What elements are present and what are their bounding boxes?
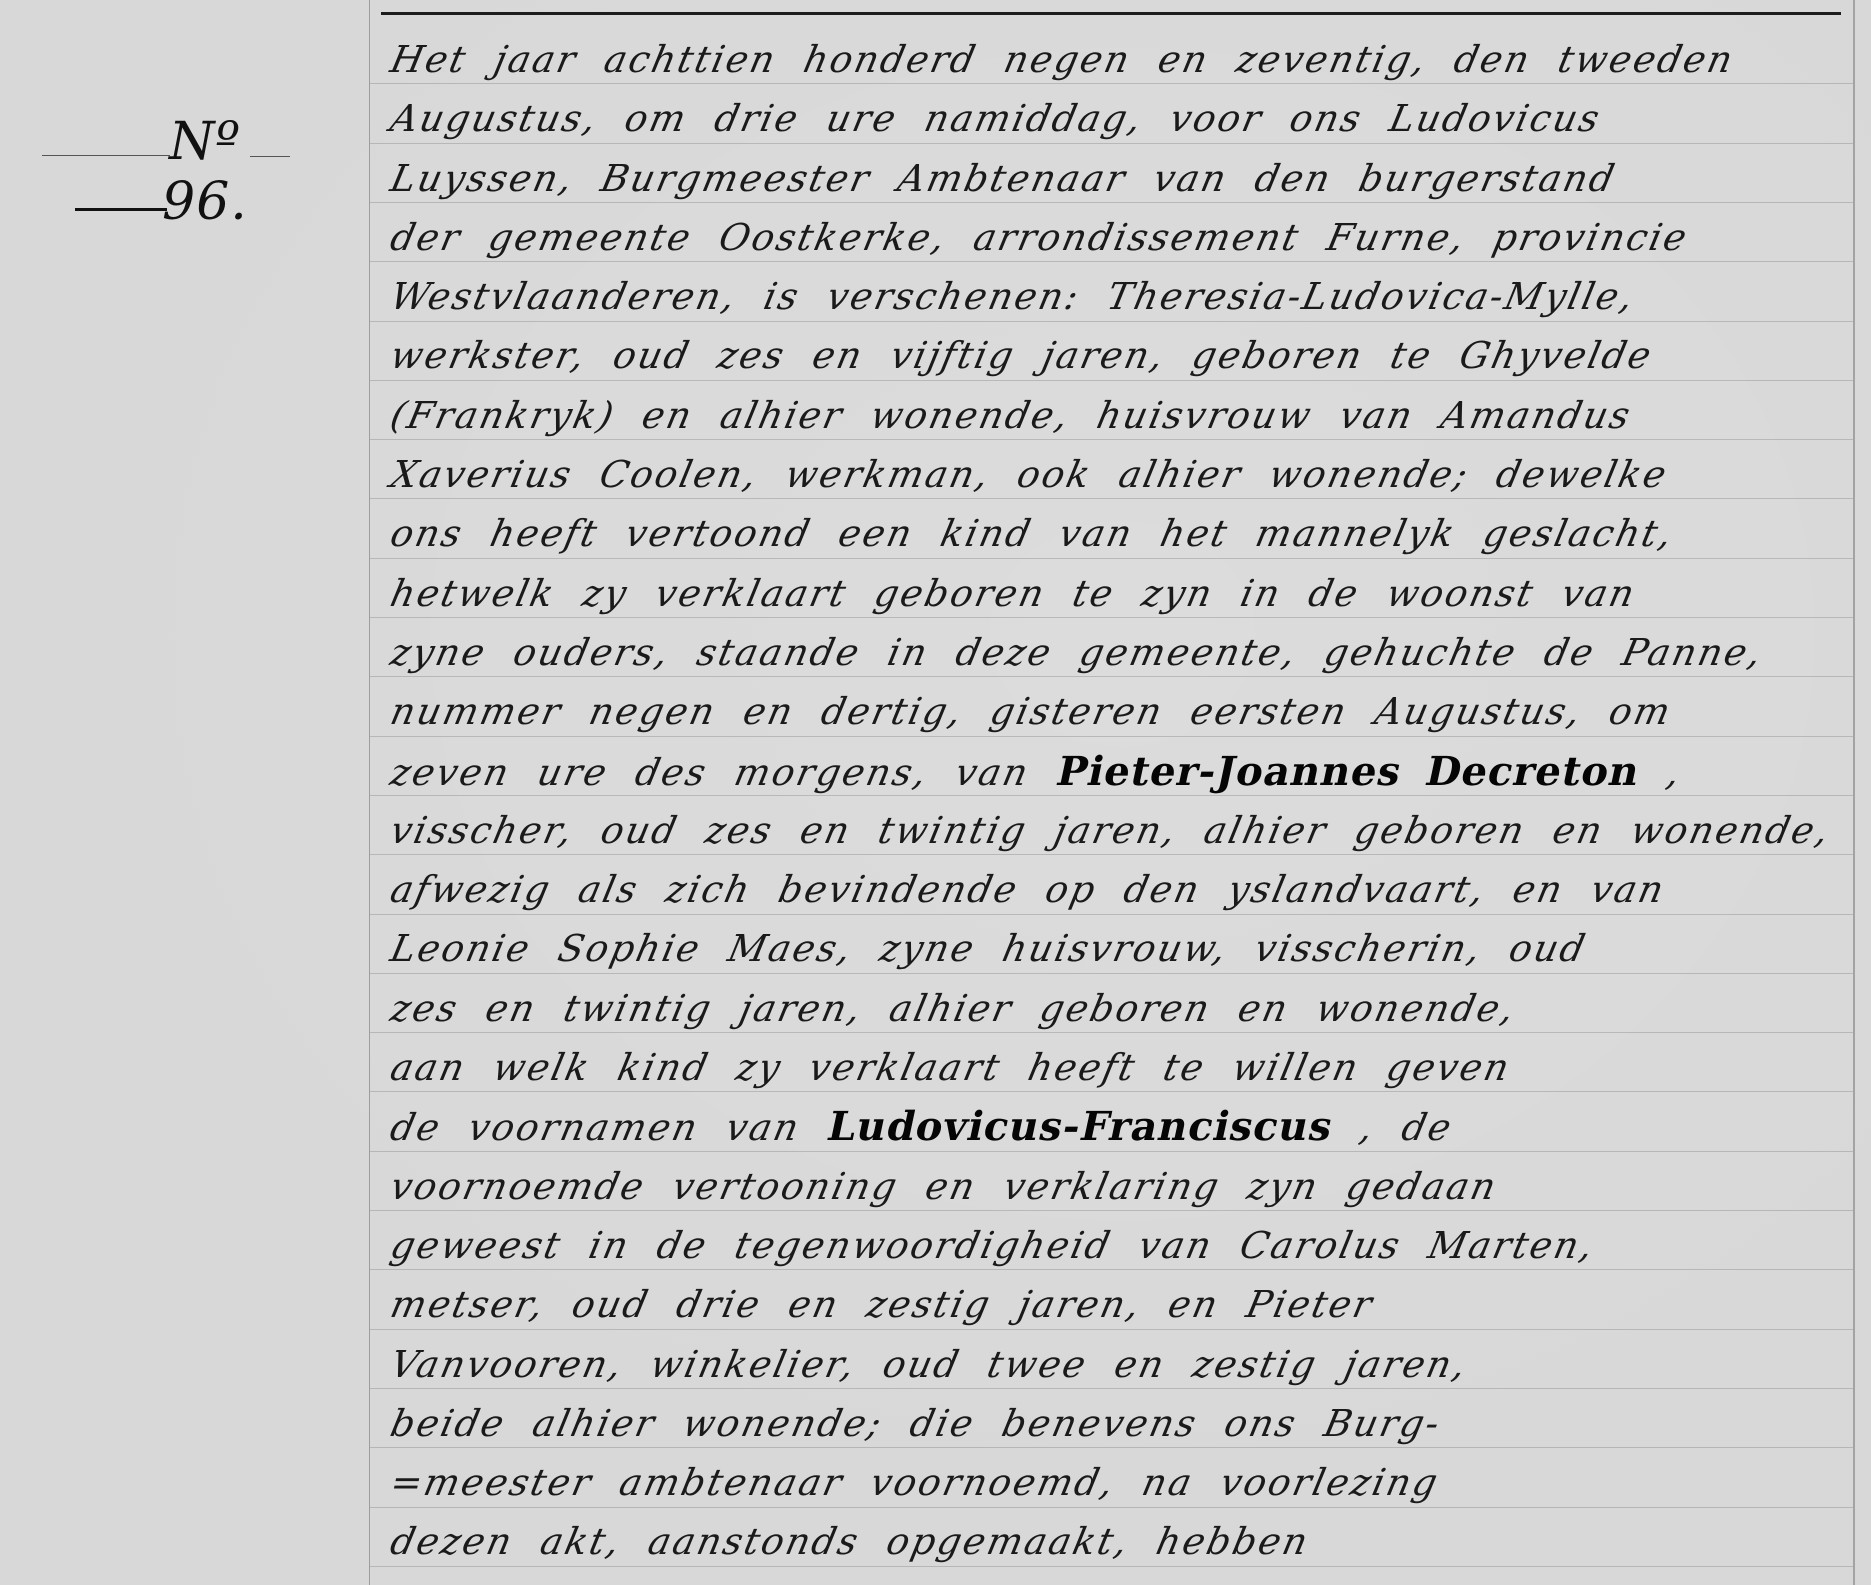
line-text: Het jaar achttien honderd negen en zeven… xyxy=(387,38,1739,81)
record-line: aan welk kind zy verklaart heeft te will… xyxy=(385,1038,1858,1097)
line-text: geweest in de tegenwoordigheid van Carol… xyxy=(387,1224,1599,1267)
record-line: Het jaar achttien honderd negen en zeven… xyxy=(385,30,1858,89)
record-number: Nº 96. xyxy=(130,112,280,232)
top-rule xyxy=(381,12,1841,15)
record-line: (Frankryk) en alhier wonende, huisvrouw … xyxy=(385,386,1858,445)
line-text: Xaverius Coolen, werkman, ook alhier won… xyxy=(387,453,1672,496)
record-line: der gemeente Oostkerke, arrondissement F… xyxy=(385,208,1858,267)
line-text: aan welk kind zy verklaart heeft te will… xyxy=(387,1046,1515,1089)
line-text: de voornamen van xyxy=(387,1106,833,1149)
line-text: zes en twintig jaren, alhier geboren en … xyxy=(387,987,1520,1030)
line-text: visscher, oud zes en twintig jaren, alhi… xyxy=(387,809,1835,852)
record-line: Xaverius Coolen, werkman, ook alhier won… xyxy=(385,445,1858,504)
record-line: Luyssen, Burgmeester Ambtenaar van den b… xyxy=(385,149,1858,208)
highlighted-person-name: Pieter-Joannes Decreton xyxy=(1053,748,1645,795)
record-line: nummer negen en dertig, gisteren eersten… xyxy=(385,682,1858,741)
record-line: voornoemde vertooning en verklaring zyn … xyxy=(385,1157,1858,1216)
line-text: zyne ouders, staande in deze gemeente, g… xyxy=(387,631,1767,674)
line-text-continuation: , de xyxy=(1328,1106,1457,1149)
line-text: zeven ure des morgens, van xyxy=(387,751,1062,794)
line-text: =meester ambtenaar voornoemd, na voorlez… xyxy=(387,1461,1444,1504)
record-line: de voornamen van Ludovicus-Franciscus , … xyxy=(385,1097,1858,1156)
line-text: beide alhier wonende; die benevens ons B… xyxy=(387,1402,1446,1445)
record-line: afwezig als zich bevindende op den yslan… xyxy=(385,860,1858,919)
line-text: werkster, oud zes en vijftig jaren, gebo… xyxy=(387,334,1657,377)
record-number-underline xyxy=(75,208,167,211)
line-text: ons heeft vertoond een kind van het mann… xyxy=(387,512,1678,555)
record-line: Leonie Sophie Maes, zyne huisvrouw, viss… xyxy=(385,919,1858,978)
record-line: hetwelk zy verklaart geboren te zyn in d… xyxy=(385,564,1858,623)
line-text: nummer negen en dertig, gisteren eersten… xyxy=(387,690,1676,733)
record-line: Augustus, om drie ure namiddag, voor ons… xyxy=(385,89,1858,148)
record-line: zeven ure des morgens, van Pieter-Joanne… xyxy=(385,742,1858,801)
record-line: beide alhier wonende; die benevens ons B… xyxy=(385,1394,1858,1453)
record-line: Vanvooren, winkelier, oud twee en zestig… xyxy=(385,1335,1858,1394)
record-line: =meester ambtenaar voornoemd, na voorlez… xyxy=(385,1453,1858,1512)
record-line: geweest in de tegenwoordigheid van Carol… xyxy=(385,1216,1858,1275)
record-line: ons heeft vertoond een kind van het mann… xyxy=(385,504,1858,563)
record-line: Westvlaanderen, is verschenen: Theresia-… xyxy=(385,267,1858,326)
record-body-text: Het jaar achttien honderd negen en zeven… xyxy=(385,30,1845,1572)
line-text: Vanvooren, winkelier, oud twee en zestig… xyxy=(387,1343,1472,1386)
line-text: metser, oud drie en zestig jaren, en Pie… xyxy=(387,1283,1378,1326)
line-text: Westvlaanderen, is verschenen: Theresia-… xyxy=(387,275,1639,318)
line-text: Augustus, om drie ure namiddag, voor ons… xyxy=(387,97,1605,140)
line-text: afwezig als zich bevindende op den yslan… xyxy=(387,868,1670,911)
line-text: Leonie Sophie Maes, zyne huisvrouw, viss… xyxy=(387,927,1591,970)
record-line: dezen akt, aanstonds opgemaakt, hebben xyxy=(385,1512,1858,1571)
line-text: Luyssen, Burgmeester Ambtenaar van den b… xyxy=(387,157,1620,200)
record-line: visscher, oud zes en twintig jaren, alhi… xyxy=(385,801,1858,860)
line-text: der gemeente Oostkerke, arrondissement F… xyxy=(387,216,1693,259)
record-line: werkster, oud zes en vijftig jaren, gebo… xyxy=(385,326,1858,385)
line-text: voornoemde vertooning en verklaring zyn … xyxy=(387,1165,1502,1208)
highlighted-person-name: Ludovicus-Franciscus xyxy=(823,1103,1338,1150)
record-line: zyne ouders, staande in deze gemeente, g… xyxy=(385,623,1858,682)
left-margin-rule xyxy=(369,0,370,1585)
line-text: hetwelk zy verklaart geboren te zyn in d… xyxy=(387,572,1641,615)
line-text: dezen akt, aanstonds opgemaakt, hebben xyxy=(387,1520,1314,1563)
register-page: Nº 96. Het jaar achttien honderd negen e… xyxy=(0,0,1871,1585)
line-text: (Frankryk) en alhier wonende, huisvrouw … xyxy=(387,394,1636,437)
record-line: zes en twintig jaren, alhier geboren en … xyxy=(385,979,1858,1038)
line-text-continuation: , xyxy=(1635,751,1686,794)
record-line: metser, oud drie en zestig jaren, en Pie… xyxy=(385,1275,1858,1334)
